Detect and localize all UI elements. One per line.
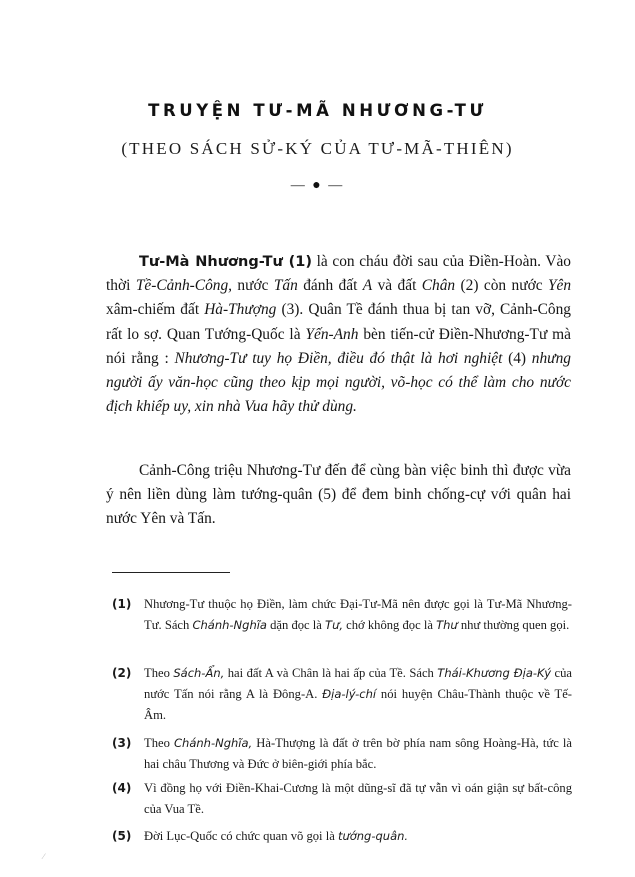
footnote-ref-1: (1) <box>289 254 312 270</box>
ornament-divider: — ● — <box>0 178 635 194</box>
text-segment: Yến-Anh <box>305 326 358 343</box>
text-segment: Chánh-Nghĩa, <box>174 736 252 750</box>
text-segment: Thư <box>436 618 458 632</box>
text-segment: Nhương-Tư tuy họ Điền, điều đó thật là h… <box>174 350 502 367</box>
text-segment: (4) <box>502 350 531 367</box>
text-segment: Tấn <box>274 277 298 294</box>
body-paragraph-1: Tư-Mà Nhương-Tư (1) là con cháu đời sau … <box>106 250 571 419</box>
text-segment: Chân <box>422 277 455 294</box>
text-segment: Cảnh-Công triệu Nhương-Tư đến để cùng bà… <box>106 462 571 527</box>
footnote-number: (1) <box>112 594 131 615</box>
text-segment: Sách-Ẩn, <box>173 666 224 680</box>
text-segment: Chánh-Nghĩa <box>192 618 267 632</box>
footnote-4: (4) Vì đồng họ với Điền-Khai-Cương là mộ… <box>112 778 572 820</box>
footnote-3: (3) Theo Chánh-Nghĩa, Hà-Thượng là đất ở… <box>112 733 572 775</box>
text-segment: Tề-Cảnh-Công, <box>136 277 232 294</box>
footnote-text: Đời Lục-Quốc có chức quan võ gọi là tướn… <box>144 826 572 847</box>
text-segment: Thái-Khương Địa-Ký <box>437 666 551 680</box>
text-segment: Vì đồng họ với Điền-Khai-Cương là một dũ… <box>144 781 572 816</box>
chapter-subtitle: (THEO SÁCH SỬ-KÝ CỦA TƯ-MÃ-THIÊN) <box>0 139 635 159</box>
text-segment: Đời Lục-Quốc có chức quan võ gọi là <box>144 829 338 843</box>
book-page: TRUYỆN TƯ-MÃ NHƯƠNG-TƯ (THEO SÁCH SỬ-KÝ … <box>0 0 635 877</box>
text-segment: (2) còn nước <box>455 277 548 294</box>
text-segment: xâm-chiếm đất <box>106 301 204 318</box>
body-paragraph-2: Cảnh-Công triệu Nhương-Tư đến để cùng bà… <box>106 459 571 532</box>
footnote-number: (5) <box>112 826 131 847</box>
text-segment: A <box>363 277 372 294</box>
footnote-5: (5) Đời Lục-Quốc có chức quan võ gọi là … <box>112 826 572 847</box>
text-segment: như thường quen gọi. <box>458 618 570 632</box>
text-segment: chớ không đọc là <box>343 618 436 632</box>
text-segment: tướng-quân. <box>338 829 408 843</box>
text-segment: Yên <box>548 277 571 294</box>
footnote-text: Vì đồng họ với Điền-Khai-Cương là một dũ… <box>144 778 572 820</box>
text-segment: Tư, <box>325 618 343 632</box>
footnote-text: Nhương-Tư thuộc họ Điền, làm chức Đại-Tư… <box>144 594 572 636</box>
text-segment: và đất <box>372 277 422 294</box>
footnote-number: (3) <box>112 733 131 754</box>
footnote-separator <box>112 572 230 573</box>
chapter-title: TRUYỆN TƯ-MÃ NHƯƠNG-TƯ <box>0 101 635 120</box>
text-segment: Theo <box>144 736 174 750</box>
text-segment: Tư-Mà Nhương-Tư <box>139 254 289 270</box>
footnote-number: (2) <box>112 663 131 684</box>
footnote-1: (1) Nhương-Tư thuộc họ Điền, làm chức Đạ… <box>112 594 572 636</box>
text-segment: Hà-Thượng <box>204 301 276 318</box>
text-segment: nước <box>232 277 274 294</box>
text-segment: dặn đọc là <box>267 618 325 632</box>
footnote-text: Theo Sách-Ẩn, hai đất A và Chân là hai ấ… <box>144 663 572 726</box>
text-segment: hai đất A và Chân là hai ấp của Tề. Sách <box>224 666 437 680</box>
footnote-2: (2) Theo Sách-Ẩn, hai đất A và Chân là h… <box>112 663 572 726</box>
footnote-text: Theo Chánh-Nghĩa, Hà-Thượng là đất ở trê… <box>144 733 572 775</box>
text-segment: Địa-lý-chí <box>322 687 376 701</box>
text-segment: đánh đất <box>298 277 363 294</box>
text-segment: Theo <box>144 666 173 680</box>
footnote-number: (4) <box>112 778 131 799</box>
scan-artifact: ⁄ <box>43 852 44 861</box>
